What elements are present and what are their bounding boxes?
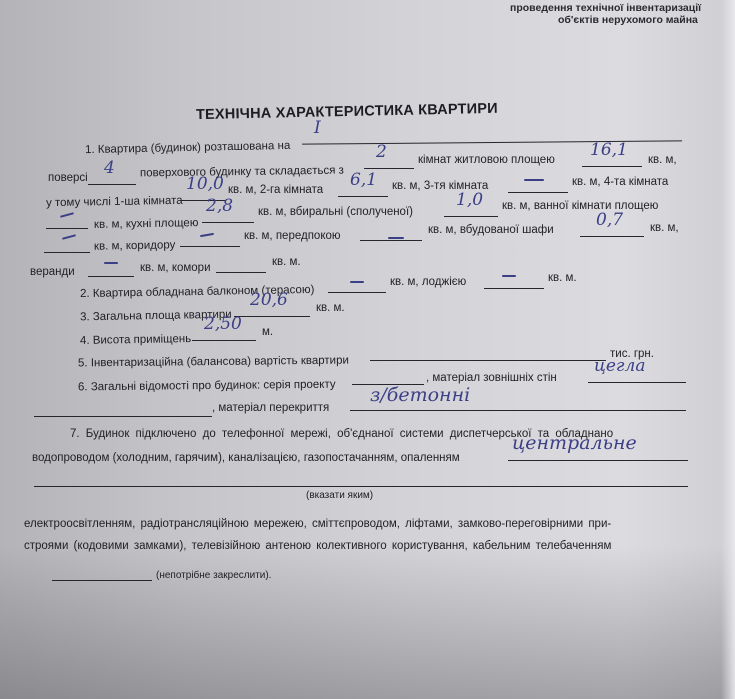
hallway-dash	[388, 237, 404, 239]
ceiling-height-label: 4. Висота приміщень	[80, 333, 191, 347]
floor-location-value: I	[314, 118, 321, 138]
s7-line-d: строями (кодовими замками), телевізійною…	[24, 540, 611, 552]
loggia-unit: кв. м.	[548, 272, 577, 284]
corridor-label: кв. м, коридору	[94, 239, 176, 252]
rooms-count-field[interactable]	[364, 154, 414, 169]
living-area-unit: кв. м,	[648, 154, 677, 166]
living-area-label: кімнат житловою площею	[418, 154, 555, 166]
room3-dash	[524, 179, 544, 181]
ceiling-material-label: , матеріал перекриття	[212, 402, 329, 414]
bathroom-label: кв. м, ванної кімнати площею	[502, 200, 658, 212]
kitchen-label: кв. м, кухні площею	[94, 217, 199, 231]
room2-value: 6,1	[350, 170, 377, 190]
project-series-label: 6. Загальні відомості про будинок: серія…	[78, 379, 336, 394]
ceiling-material-value: з/бетонні	[370, 384, 470, 406]
pantry-field[interactable]	[216, 258, 266, 273]
specify-field[interactable]	[34, 472, 688, 487]
ceiling-height-value: 2,50	[204, 314, 242, 334]
veranda-field[interactable]	[88, 262, 134, 277]
wall-material-value: цегла	[594, 356, 645, 376]
total-area-value: 20,6	[250, 290, 288, 310]
room4-field[interactable]	[46, 214, 88, 229]
wall-material-label: , матеріал зовнішніх стін	[426, 372, 557, 384]
inventory-value-field[interactable]	[370, 346, 606, 361]
extra-services-field[interactable]	[52, 566, 152, 581]
pantry-label: кв. м, комори	[140, 262, 211, 274]
ceiling-height-unit: м.	[262, 326, 273, 338]
document-sheet: проведення технічної інвентаризації об'є…	[0, 0, 735, 699]
veranda-dash	[104, 262, 118, 264]
kitchen-value: 2,8	[206, 196, 233, 216]
wardrobe-unit: кв. м,	[650, 222, 679, 234]
veranda-label: веранди	[30, 266, 75, 278]
room1-label: у тому числі 1-ша кімната	[46, 195, 183, 209]
room4-label: кв. м, 4-та кімната	[572, 176, 668, 188]
wc-value: 1,0	[456, 190, 483, 210]
strike-note: (непотрібне закреслити).	[156, 570, 271, 581]
rooms-count-value: 2	[376, 142, 387, 162]
bathroom-field[interactable]	[44, 238, 90, 253]
inventory-value-label: 5. Інвентаризаційна (балансова) вартість…	[78, 355, 349, 370]
project-series-field[interactable]	[352, 370, 424, 385]
paper-edge	[721, 0, 735, 699]
hallway-label: кв. м, передпокою	[244, 230, 341, 242]
room2-label: кв. м, 2-га кімната	[228, 184, 323, 196]
room1-value: 10,0	[186, 174, 224, 194]
s1-location-label: 1. Квартира (будинок) розташована на	[85, 140, 291, 156]
series-continuation-field[interactable]	[34, 402, 212, 417]
total-area-unit: кв. м.	[316, 302, 345, 314]
wardrobe-label: кв. м, вбудованої шафи	[428, 224, 554, 236]
s7-line-c: електроосвітленням, радіотрансляційною м…	[24, 518, 611, 530]
pantry-unit: кв. м.	[272, 256, 301, 268]
specify-hint: (вказати яким)	[306, 490, 373, 501]
loggia-label: кв. м, лоджією	[390, 276, 466, 288]
header-line-1: проведення технічної інвентаризації	[510, 2, 701, 14]
header-line-2: об'єктів нерухомого майна	[558, 14, 698, 26]
page-title: ТЕХНІЧНА ХАРАКТЕРИСТИКА КВАРТИРИ	[196, 101, 498, 123]
loggia-dash	[502, 275, 516, 277]
wc-label: кв. м, вбиральні (сполученої)	[258, 206, 413, 218]
balcony-dash	[350, 281, 364, 283]
wardrobe-value: 0,7	[596, 210, 623, 230]
floor-label: поверсі	[48, 172, 88, 184]
s7-line-b: водопроводом (холодним, гарячим), каналі…	[32, 452, 460, 464]
storey-label: поверхового будинку та складається з	[140, 165, 344, 180]
heating-value: центральне	[512, 432, 637, 454]
living-area-value: 16,1	[590, 140, 628, 160]
floor-value: 4	[104, 158, 115, 178]
